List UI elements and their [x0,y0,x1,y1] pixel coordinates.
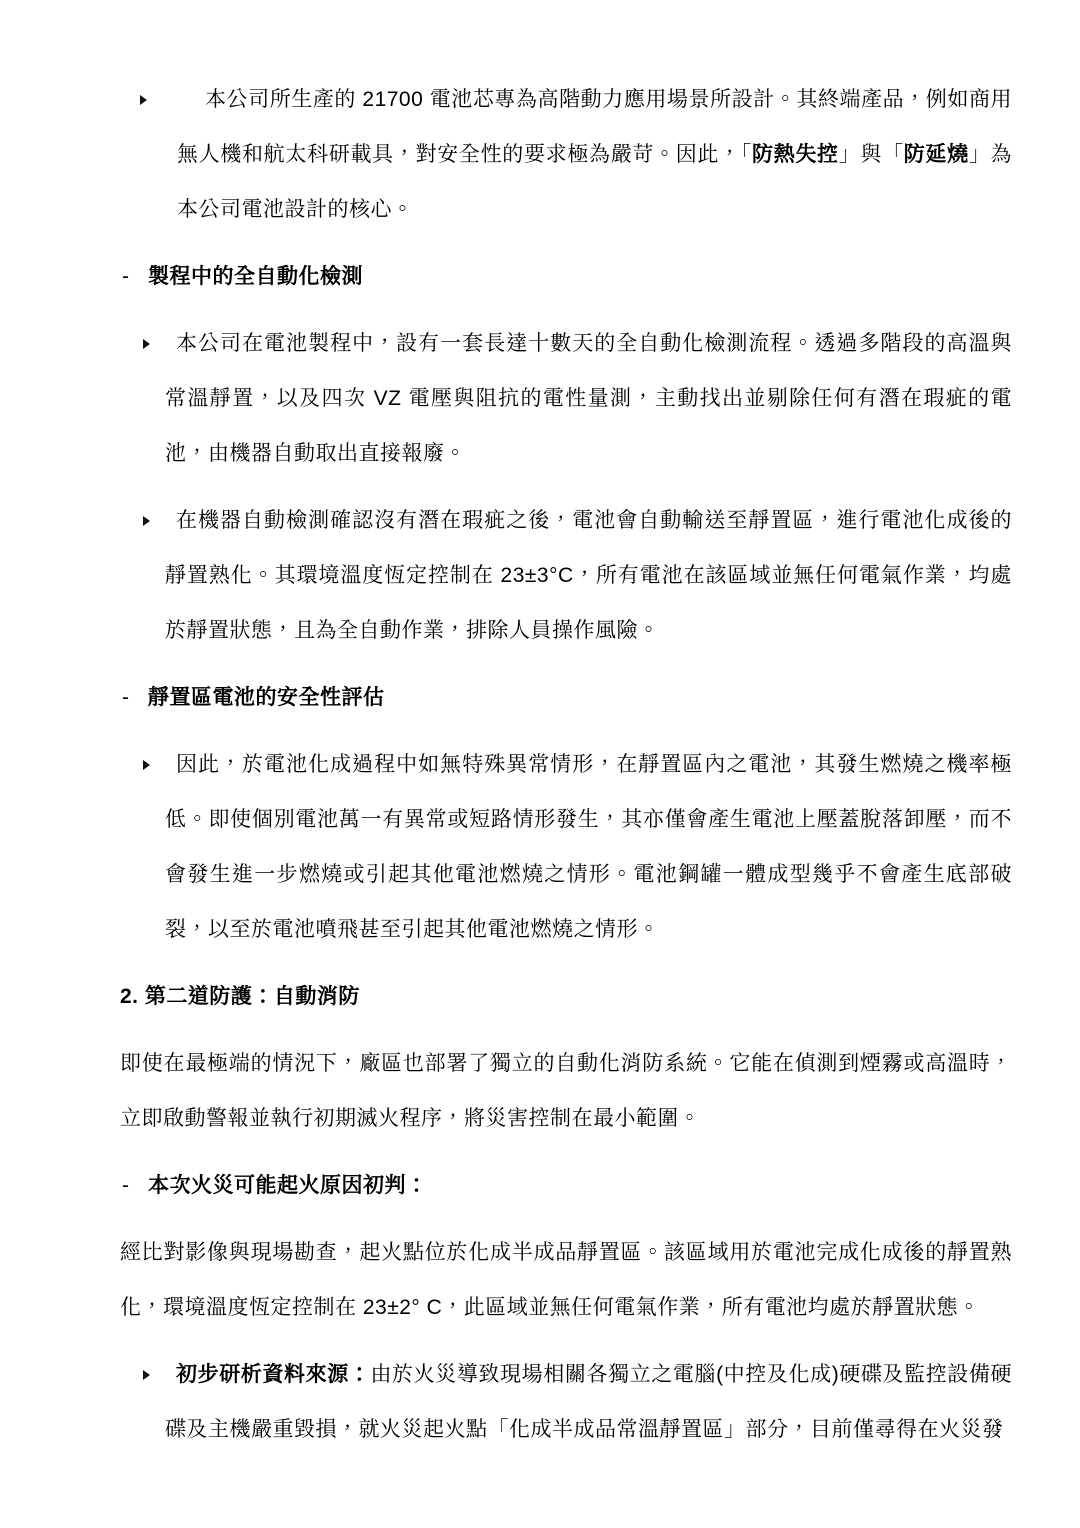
text-run: 2. 第二道防護：自動消防 [120,985,360,1008]
section-heading: -製程中的全自動化檢測 [120,249,1012,304]
paragraph: 經比對影像與現場勘查，起火點位於化成半成品靜置區。該區域用於電池完成化成後的靜置… [120,1225,1012,1335]
text-run: 因此，於電池化成過程中如無特殊異常情形，在靜置區內之電池，其發生燃燒之機率極低。… [165,753,1012,941]
dash-marker: - [122,1158,130,1213]
dash-marker: - [122,670,130,725]
text-run: 初步研析資料來源： [176,1363,370,1386]
text-run: 防延燒 [904,143,969,166]
triangle-bullet-icon [140,95,147,105]
text-run: 製程中的全自動化檢測 [148,265,363,288]
text-run: 本公司在電池製程中，設有一套長達十數天的全自動化檢測流程。透過多階段的高溫與常溫… [165,332,1012,465]
document-page: 本公司所生產的 21700 電池芯專為高階動力應用場景所設計。其終端產品，例如商… [0,0,1080,1528]
section-heading: -本次火災可能起火原因初判： [120,1158,1012,1213]
text-run: 本次火災可能起火原因初判： [148,1174,428,1197]
triangle-bullet-icon [143,516,150,526]
bullet-list-item: 本公司在電池製程中，設有一套長達十數天的全自動化檢測流程。透過多階段的高溫與常溫… [120,316,1012,481]
text-run: 防熱失控 [752,143,839,166]
triangle-bullet-icon [143,760,150,770]
bullet-list-item: 在機器自動檢測確認沒有潛在瑕疵之後，電池會自動輸送至靜置區，進行電池化成後的靜置… [120,493,1012,658]
bullet-list-item: 初步研析資料來源：由於火災導致現場相關各獨立之電腦(中控及化成)硬碟及監控設備硬… [120,1347,1012,1457]
text-run: 經比對影像與現場勘查，起火點位於化成半成品靜置區。該區域用於電池完成化成後的靜置… [120,1241,1012,1319]
numbered-section-heading: 2. 第二道防護：自動消防 [120,969,1012,1024]
bullet-list-item: 因此，於電池化成過程中如無特殊異常情形，在靜置區內之電池，其發生燃燒之機率極低。… [120,737,1012,957]
text-run: 」與「 [839,143,904,166]
paragraph: 即使在最極端的情況下，廠區也部署了獨立的自動化消防系統。它能在偵測到煙霧或高溫時… [120,1036,1012,1146]
text-run: 靜置區電池的安全性評估 [148,686,385,709]
text-run: 即使在最極端的情況下，廠區也部署了獨立的自動化消防系統。它能在偵測到煙霧或高溫時… [120,1052,1012,1130]
text-run: 在機器自動檢測確認沒有潛在瑕疵之後，電池會自動輸送至靜置區，進行電池化成後的靜置… [165,509,1012,642]
triangle-bullet-icon [143,339,150,349]
bullet-list-item: 本公司所生產的 21700 電池芯專為高階動力應用場景所設計。其終端產品，例如商… [120,72,1012,237]
triangle-bullet-icon [143,1370,150,1380]
section-heading: -靜置區電池的安全性評估 [120,670,1012,725]
dash-marker: - [122,249,130,304]
